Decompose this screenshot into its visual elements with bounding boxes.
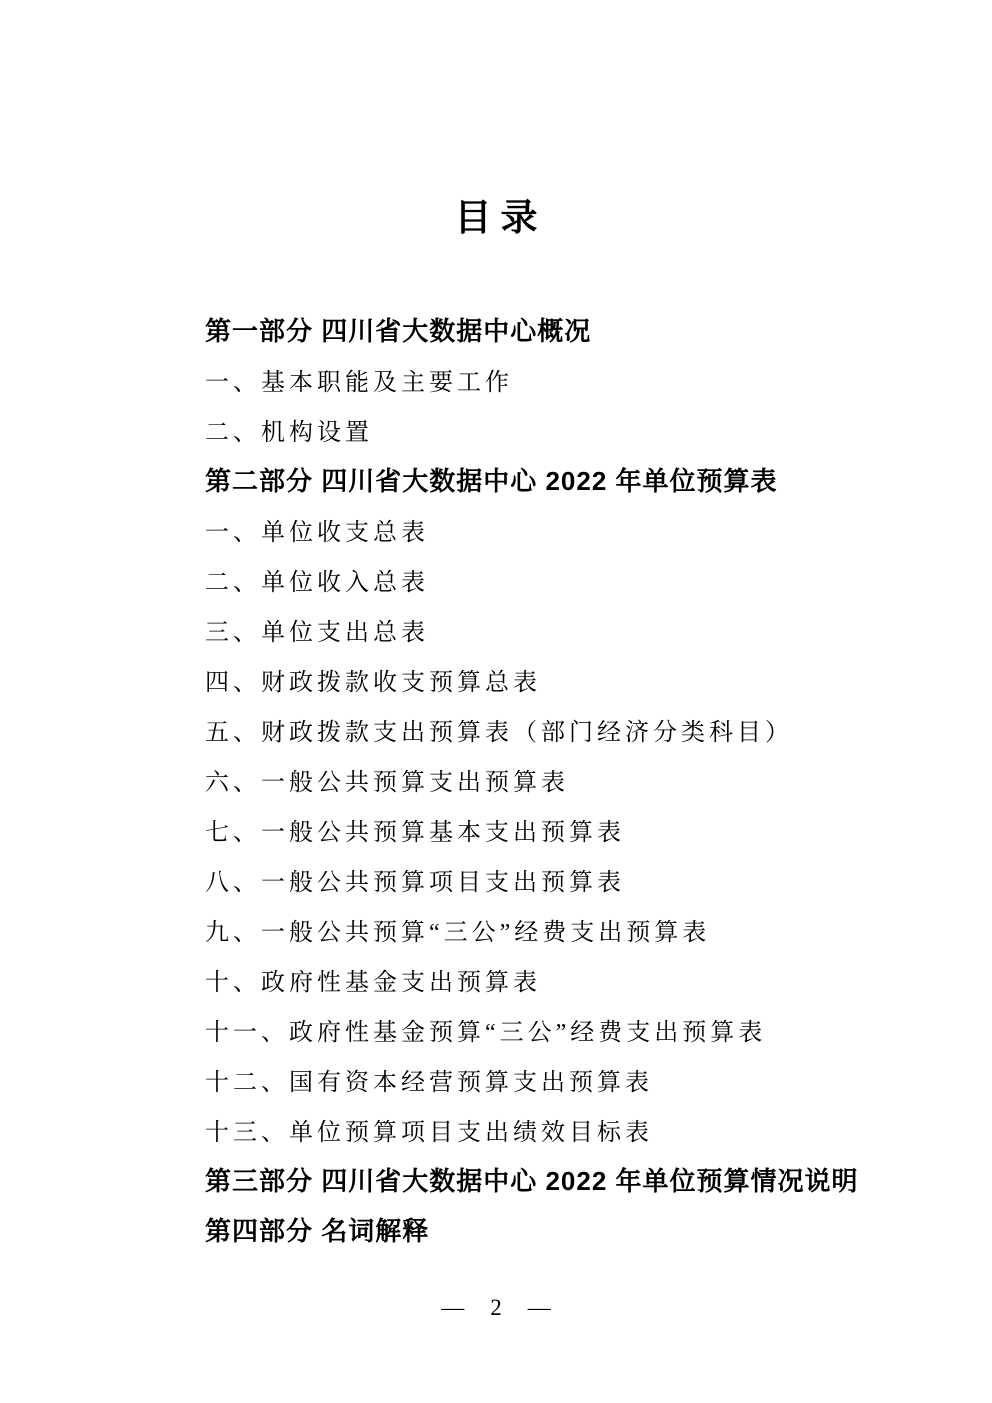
toc-entry: 三、单位支出总表	[205, 604, 992, 654]
toc-entry: 十、政府性基金支出预算表	[205, 954, 992, 1004]
toc-entry: 二、机构设置	[205, 404, 992, 454]
toc-section-heading: 第二部分 四川省大数据中心 2022 年单位预算表	[205, 454, 992, 504]
footer-dash-right: —	[528, 1288, 551, 1328]
toc-entry: 六、一般公共预算支出预算表	[205, 754, 992, 804]
toc-entry: 四、财政拨款收支预算总表	[205, 654, 992, 704]
page-footer: —2—	[0, 1288, 992, 1328]
toc-entry: 七、一般公共预算基本支出预算表	[205, 804, 992, 854]
toc-section-heading: 第一部分 四川省大数据中心概况	[205, 304, 992, 354]
toc-entry: 九、一般公共预算“三公”经费支出预算表	[205, 904, 992, 954]
document-page: 目录 第一部分 四川省大数据中心概况一、基本职能及主要工作二、机构设置第二部分 …	[0, 0, 992, 1403]
toc-entry: 二、单位收入总表	[205, 554, 992, 604]
toc-entry: 十三、单位预算项目支出绩效目标表	[205, 1104, 992, 1154]
footer-dash-left: —	[441, 1288, 464, 1328]
toc-entry: 八、一般公共预算项目支出预算表	[205, 854, 992, 904]
toc-entry: 十二、国有资本经营预算支出预算表	[205, 1054, 992, 1104]
toc-entry: 一、单位收支总表	[205, 504, 992, 554]
toc-section-heading: 第四部分 名词解释	[205, 1204, 992, 1254]
page-title: 目录	[0, 0, 992, 238]
toc-section-heading: 第三部分 四川省大数据中心 2022 年单位预算情况说明	[205, 1154, 992, 1204]
toc-list: 第一部分 四川省大数据中心概况一、基本职能及主要工作二、机构设置第二部分 四川省…	[205, 304, 992, 1254]
page-number: 2	[490, 1288, 502, 1328]
toc-entry: 一、基本职能及主要工作	[205, 354, 992, 404]
toc-entry: 十一、政府性基金预算“三公”经费支出预算表	[205, 1004, 992, 1054]
toc-entry: 五、财政拨款支出预算表（部门经济分类科目）	[205, 704, 992, 754]
